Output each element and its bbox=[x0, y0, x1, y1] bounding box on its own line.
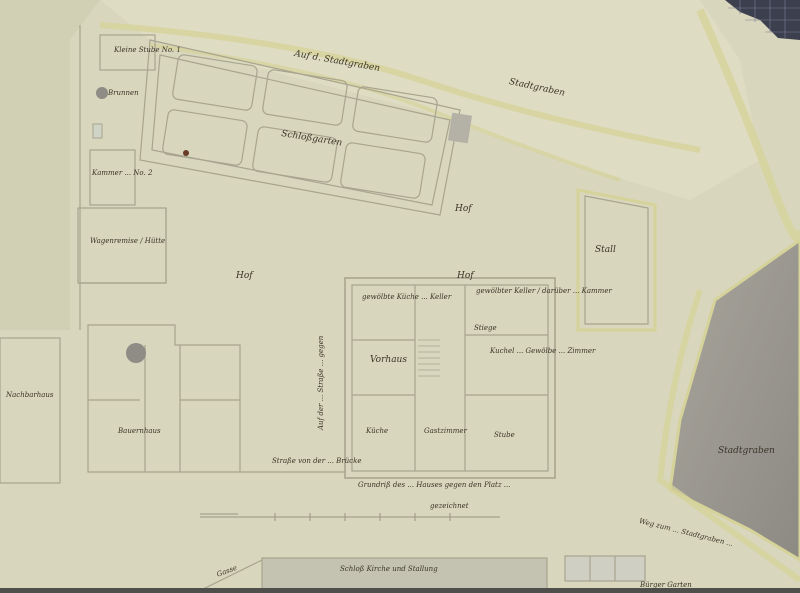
label-yard-building: Hof bbox=[457, 272, 474, 282]
label-caption-sub: gezeichnet bbox=[430, 503, 469, 511]
site-plan-scan: Auf d. Stadtgraben Stadtgraben Kleine St… bbox=[0, 0, 800, 593]
label-bottom-right-note: Bürger Garten bbox=[640, 582, 692, 590]
label-vertical-note: Auf der ... Straße ... gegen bbox=[318, 336, 326, 430]
label-vorhaus: Vorhaus bbox=[370, 356, 407, 366]
label-gastzimmer: Gastzimmer bbox=[424, 428, 467, 436]
label-left-building: Nachbarhaus bbox=[6, 392, 54, 400]
label-well: Brunnen bbox=[108, 90, 139, 98]
label-caption-building: Grundriß des ... Hauses gegen den Platz … bbox=[358, 482, 510, 490]
label-room-top-left: gewölbte Küche ... Keller bbox=[362, 294, 451, 302]
label-kuche: Küche bbox=[366, 428, 388, 436]
label-room-top-right: gewölbter Keller / darüber ... Kammer bbox=[476, 288, 612, 296]
label-stable: Stall bbox=[595, 246, 616, 256]
label-yard-left: Hof bbox=[236, 272, 253, 282]
label-wagon-shed: Wagenremise / Hütte bbox=[90, 238, 165, 246]
label-yard-center: Hof bbox=[455, 205, 472, 215]
label-right-gray-area: Stadtgraben bbox=[718, 447, 775, 457]
label-stairs: Stiege bbox=[474, 325, 497, 333]
label-room-no2: Kammer ... No. 2 bbox=[92, 170, 152, 178]
label-small-room: Kleine Stube No. 1 bbox=[114, 47, 181, 55]
label-farmhouse: Bauernhaus bbox=[118, 428, 161, 436]
label-bottom-building: Schloß Kirche und Stallung bbox=[340, 566, 438, 574]
label-stube: Stube bbox=[494, 432, 515, 440]
label-room-right-mid: Kuchel ... Gewölbe ... Zimmer bbox=[490, 348, 595, 356]
label-street-to: Straße von der ... Brücke bbox=[272, 458, 361, 466]
